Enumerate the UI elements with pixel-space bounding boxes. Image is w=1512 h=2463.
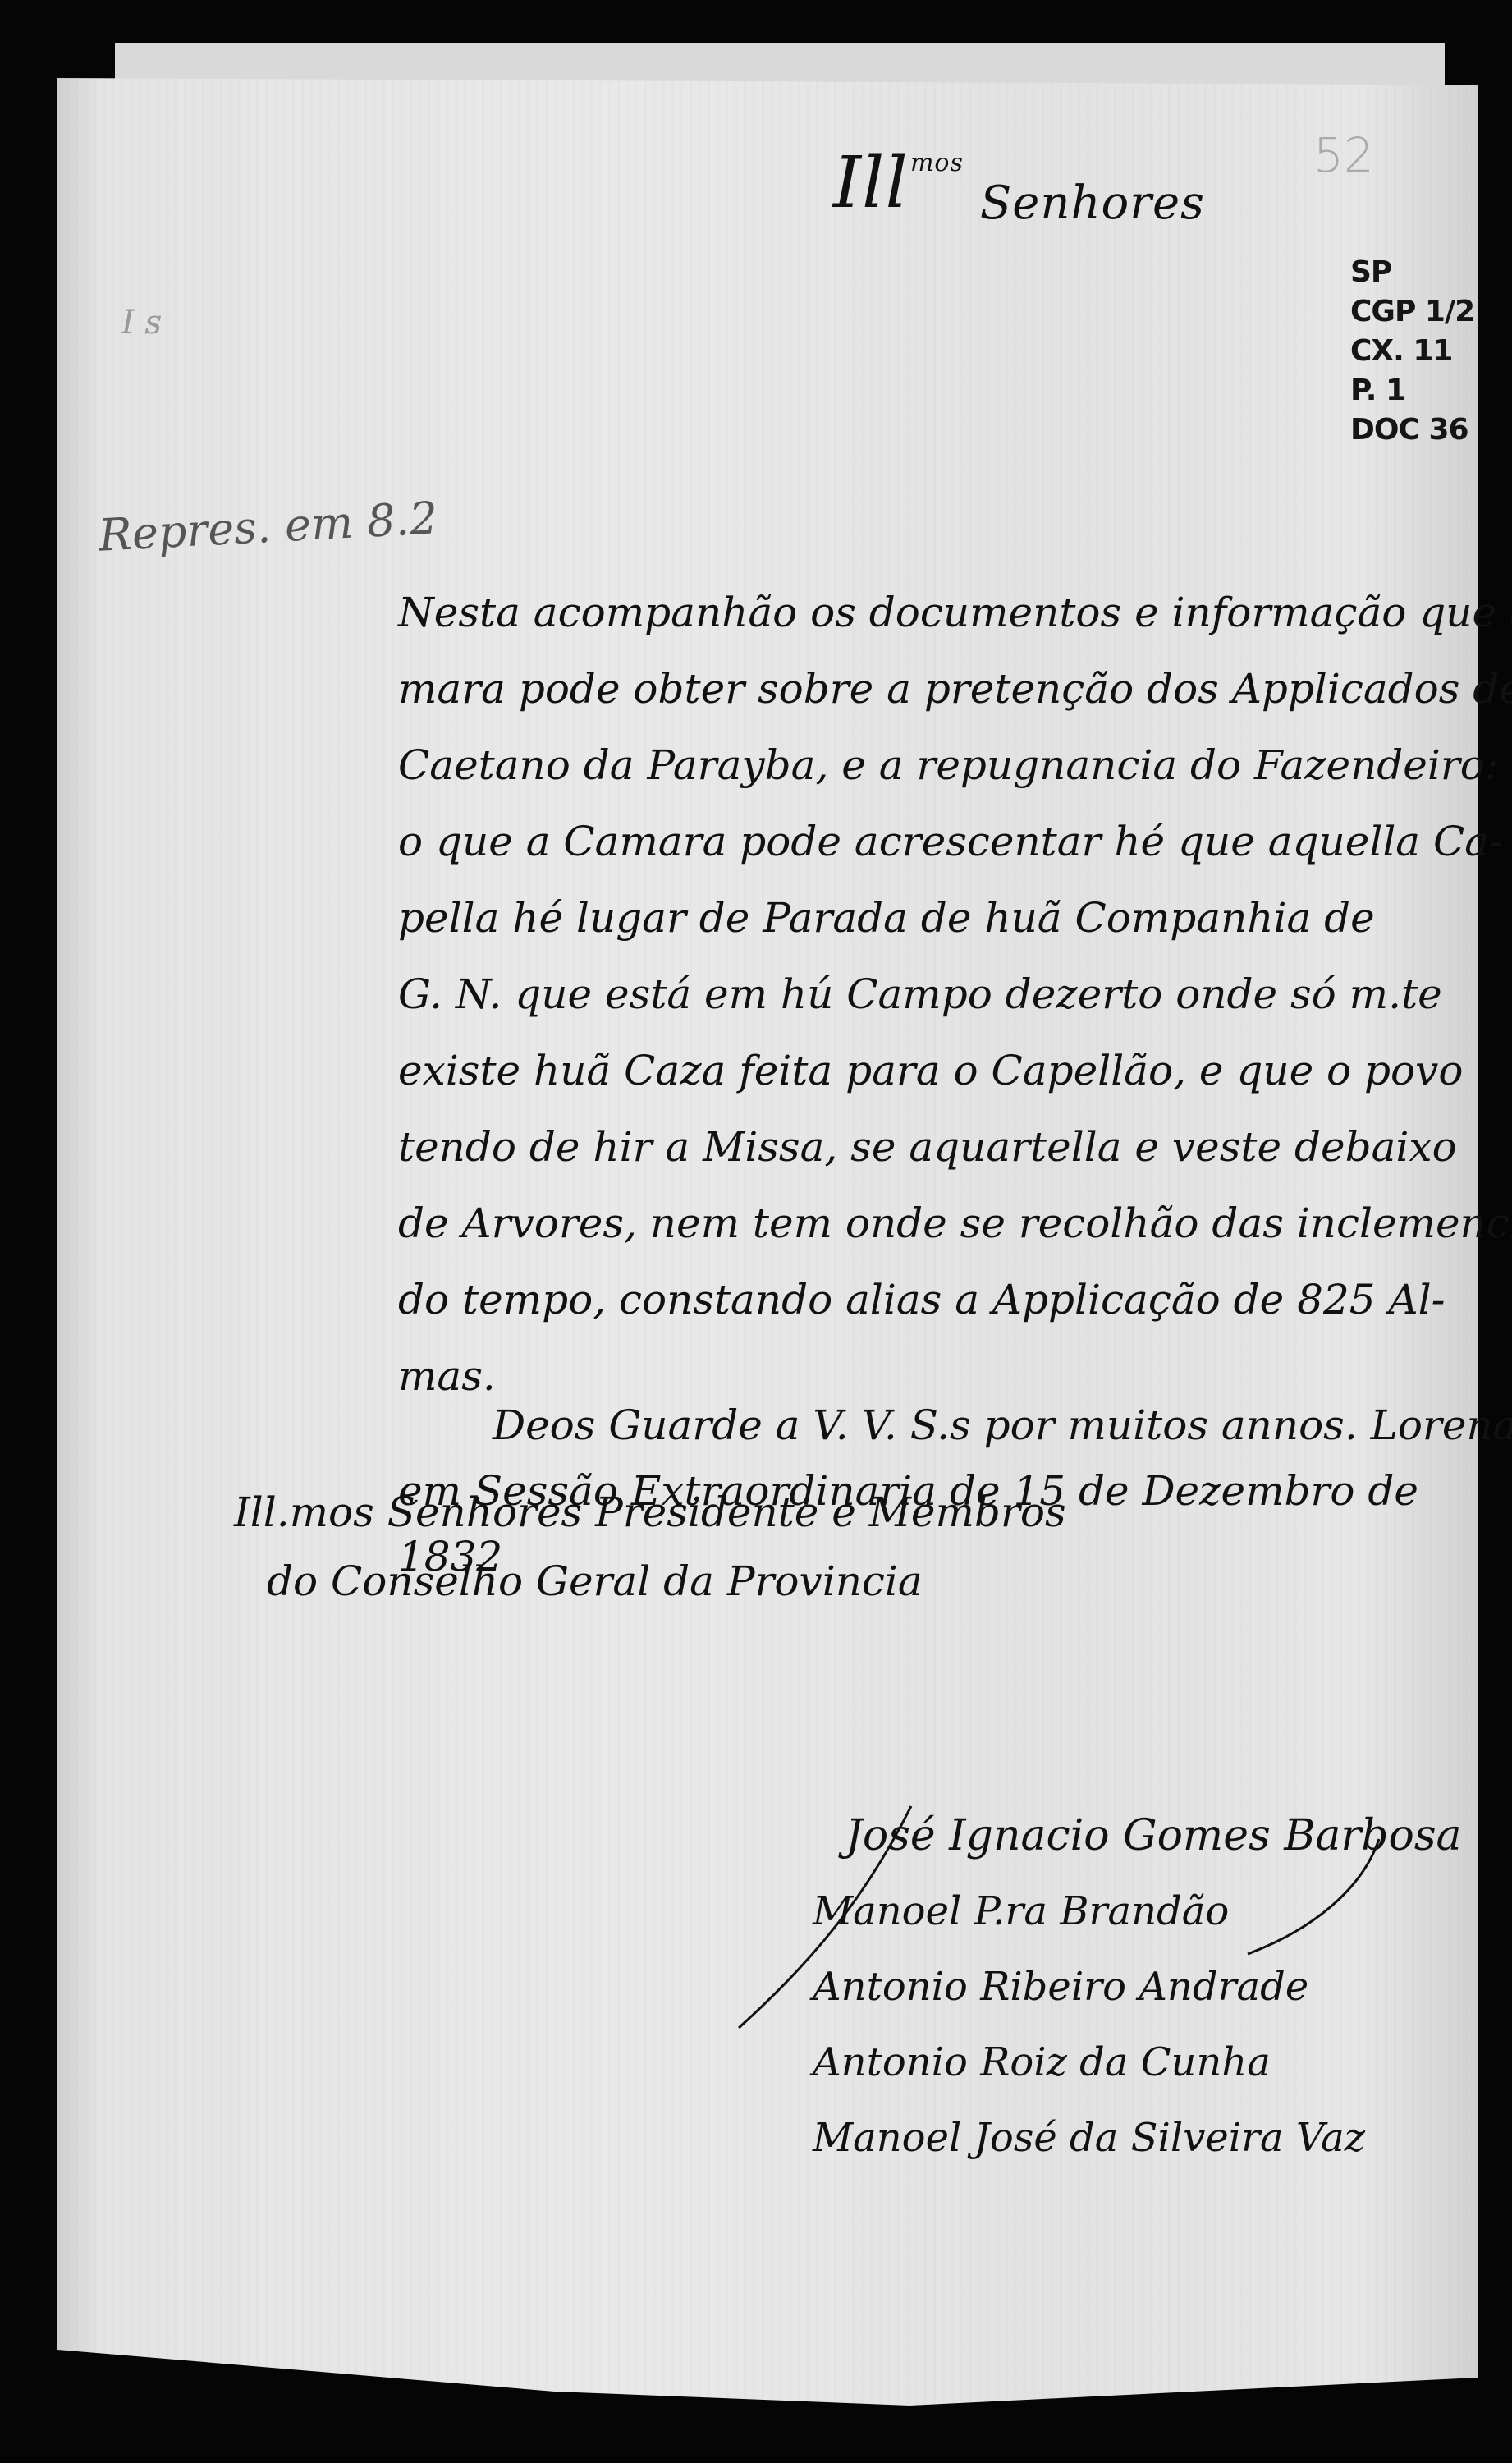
body-line: existe huã Caza feita para o Capellão, e…: [398, 1033, 1465, 1109]
body-line: de Arvores, nem tem onde se recolhão das…: [398, 1186, 1465, 1262]
archive-stamp-line: DOC 36: [1350, 410, 1474, 450]
salutation-title: Ill: [833, 142, 909, 224]
archive-stamp-line: CX. 11: [1350, 332, 1474, 371]
body-line: mara pode obter sobre a pretenção dos Ap…: [398, 651, 1465, 727]
margin-pencil-mark: I ꜱ: [121, 304, 162, 342]
salutation-word: Senhores: [980, 177, 1205, 230]
folio-number: 52: [1313, 127, 1374, 183]
body-line: Caetano da Parayba, e a repugnancia do F…: [398, 727, 1465, 804]
archive-stamp-line: CGP 1/2: [1350, 292, 1474, 332]
salutation-title-superscript: mos: [910, 149, 964, 177]
salutation: IllmosSenhores: [833, 148, 1205, 227]
body-line: Nesta acompanhão os documentos e informa…: [398, 575, 1465, 651]
archive-reference-stamp: SP CGP 1/2 CX. 11 P. 1 DOC 36: [1350, 253, 1474, 450]
body-line: pella hé lugar de Parada de huã Companhi…: [398, 880, 1465, 956]
body-line: do tempo, constando alias a Applicação d…: [398, 1262, 1465, 1338]
signature: Antonio Ribeiro Andrade: [813, 1949, 1462, 2025]
addressee-block: Ill.mos Senhores Presidente e Membros do…: [234, 1478, 1066, 1616]
closing-line: Deos Guarde a V. V. S.s por muitos annos…: [398, 1387, 1465, 1453]
signature: Antonio Roiz da Cunha: [813, 2025, 1462, 2100]
archive-stamp-line: P. 1: [1350, 371, 1474, 410]
addressee-line: Ill.mos Senhores Presidente e Membros: [234, 1478, 1066, 1547]
body-line: G. N. que está em hú Campo dezerto onde …: [398, 956, 1465, 1033]
signature: Manoel José da Silveira Vaz: [813, 2100, 1462, 2176]
signature: Manoel P.ra Brandão: [813, 1874, 1462, 1949]
body-line: o que a Camara pode acrescentar hé que a…: [398, 804, 1465, 880]
body-line: mas.: [398, 1338, 1465, 1387]
addressee-line: do Conselho Geral da Provincia: [234, 1547, 1066, 1616]
signature: José Ignacio Gomes Barbosa: [845, 1798, 1462, 1874]
letter-body: Nesta acompanhão os documentos e informa…: [398, 575, 1465, 1595]
archive-stamp-line: SP: [1350, 253, 1474, 292]
signatures-block: José Ignacio Gomes Barbosa Manoel P.ra B…: [813, 1798, 1462, 2176]
body-line: tendo de hir a Missa, se aquartella e ve…: [398, 1109, 1465, 1186]
